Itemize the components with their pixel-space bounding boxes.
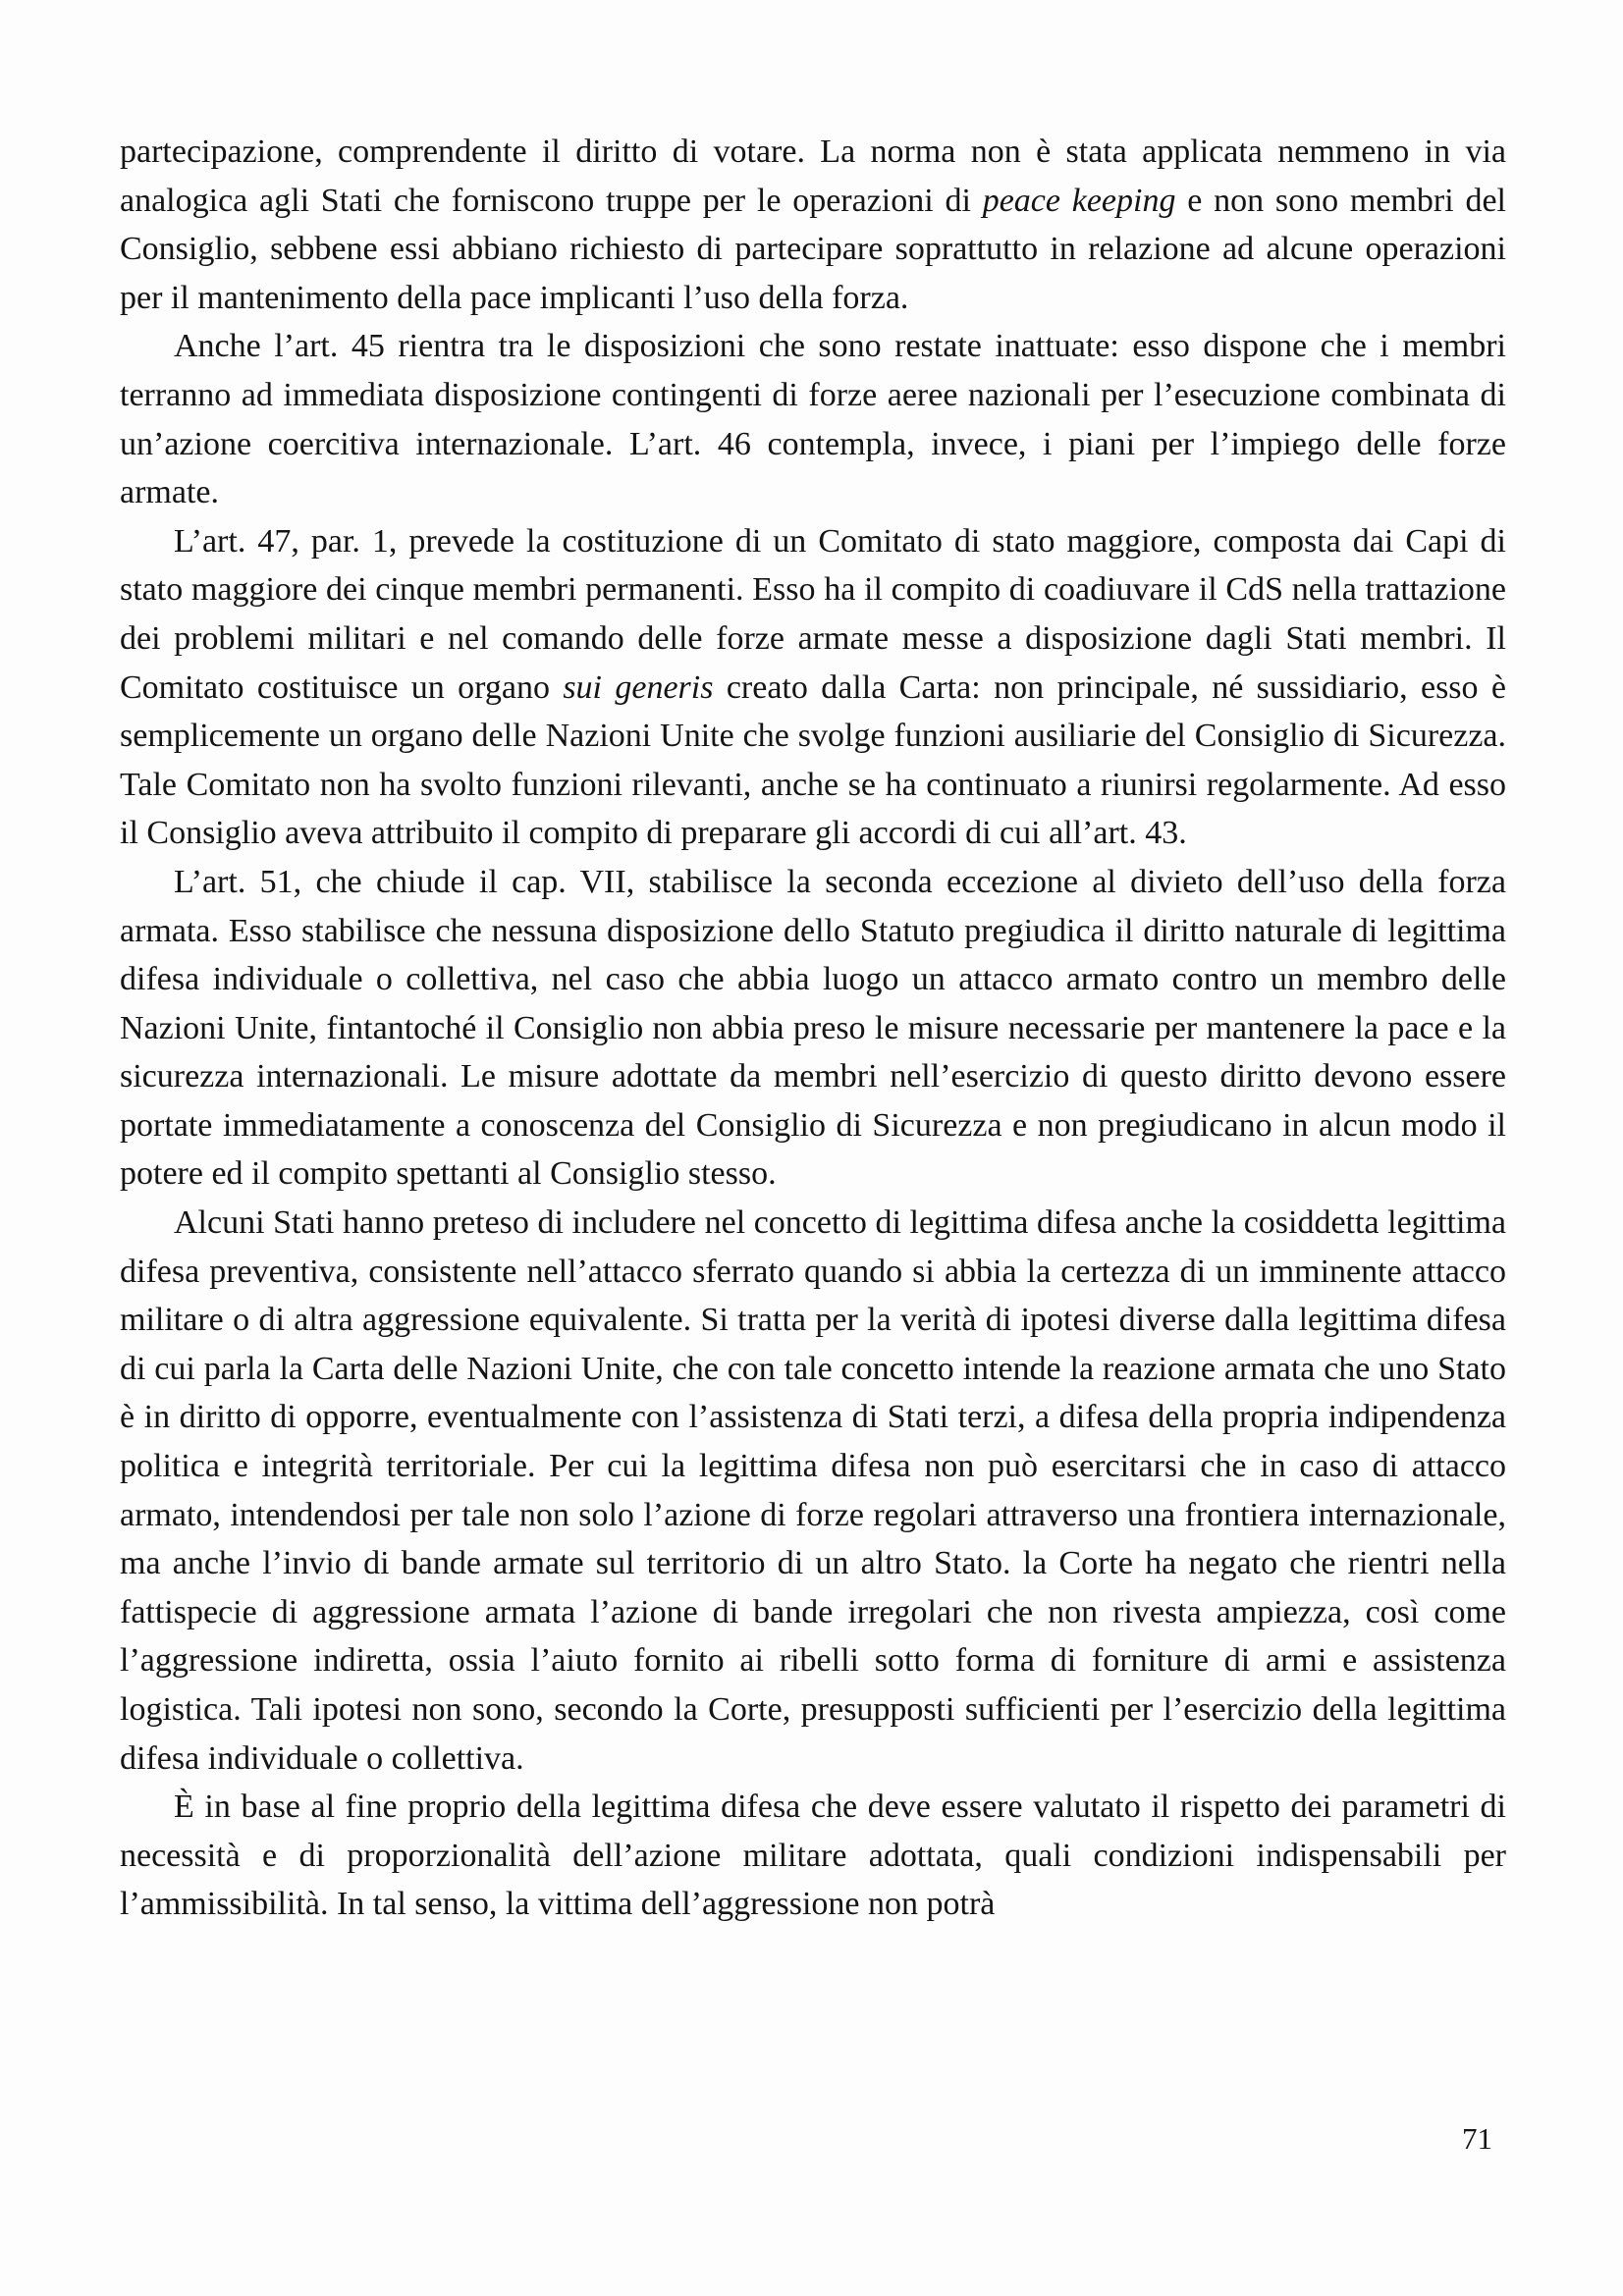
document-page: partecipazione, comprendente il diritto … <box>0 0 1623 2296</box>
paragraph: È in base al fine proprio della legittim… <box>120 1783 1506 1929</box>
italic-text-run: peace keeping <box>983 183 1176 219</box>
paragraph: Alcuni Stati hanno preteso di includere … <box>120 1199 1506 1783</box>
paragraph: partecipazione, comprendente il diritto … <box>120 128 1506 322</box>
text-run: L’art. 51, che chiude il cap. VII, stabi… <box>120 864 1506 1193</box>
text-run: È in base al fine proprio della legittim… <box>120 1789 1506 1922</box>
text-run: Alcuni Stati hanno preteso di includere … <box>120 1204 1506 1777</box>
text-run: Anche l’art. 45 rientra tra le disposizi… <box>120 328 1506 510</box>
paragraph: L’art. 51, che chiude il cap. VII, stabi… <box>120 858 1506 1199</box>
paragraph: L’art. 47, par. 1, prevede la costituzio… <box>120 517 1506 858</box>
paragraph: Anche l’art. 45 rientra tra le disposizi… <box>120 322 1506 516</box>
italic-text-run: sui generis <box>563 669 713 706</box>
page-number: 71 <box>1462 2120 1492 2157</box>
text-block: partecipazione, comprendente il diritto … <box>120 128 1506 1929</box>
